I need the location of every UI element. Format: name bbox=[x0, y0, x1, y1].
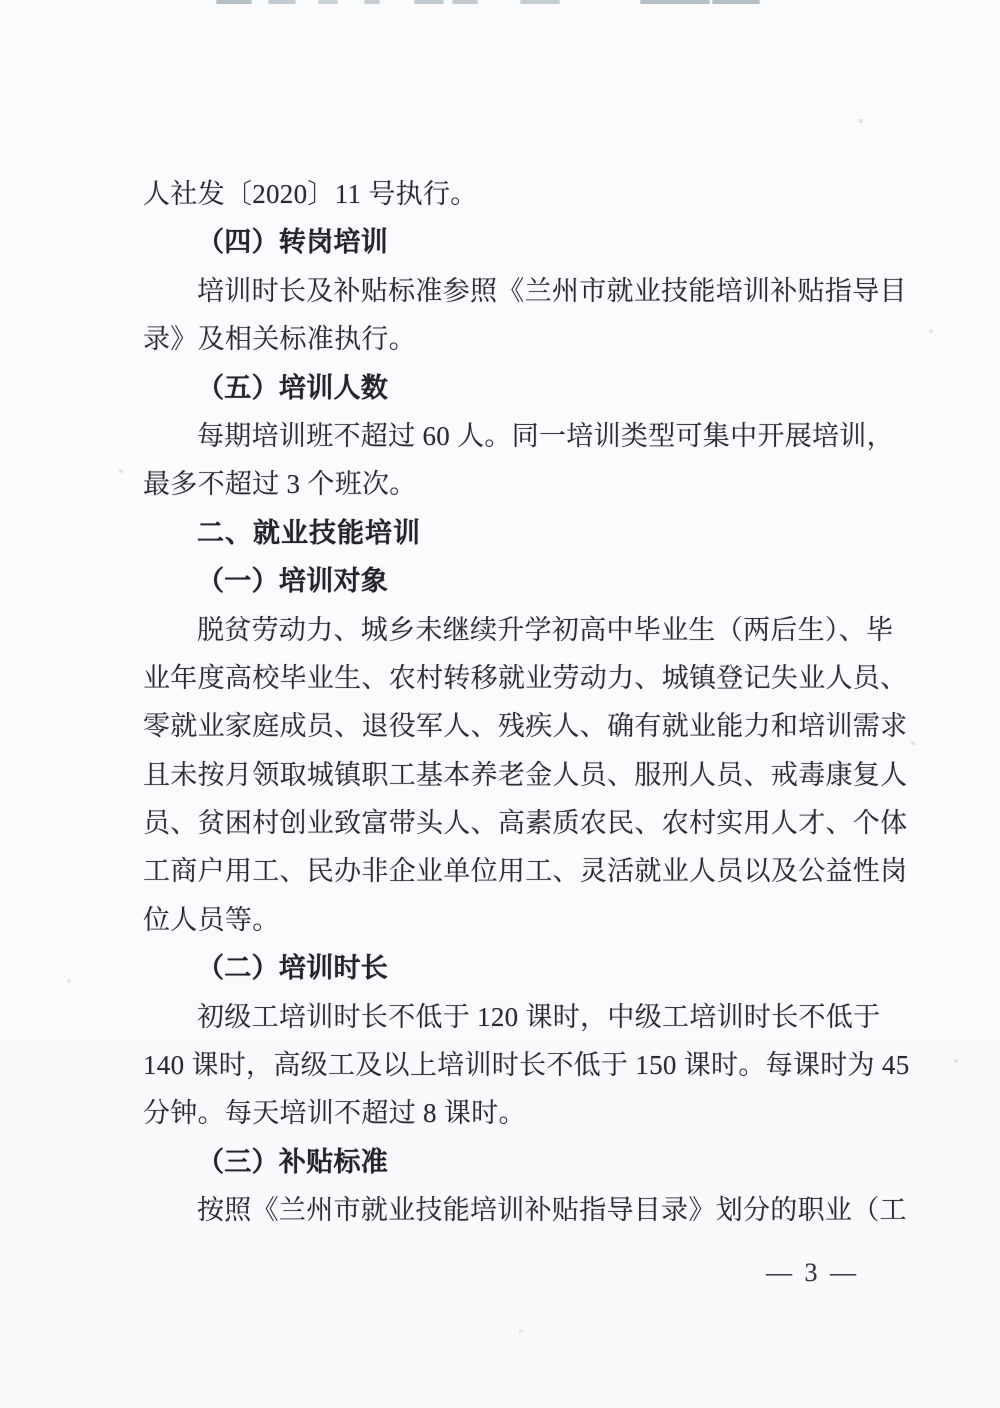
text-line: 140 课时，高级工及以上培训时长不低于 150 课时。每课时为 45 bbox=[143, 1041, 883, 1089]
text-line: 分钟。每天培训不超过 8 课时。 bbox=[143, 1089, 883, 1137]
section-heading: （二）培训时长 bbox=[143, 944, 883, 992]
text-line: 且未按月领取城镇职工基本养老金人员、服刑人员、戒毒康复人 bbox=[143, 751, 883, 799]
artifact-fragment bbox=[364, 0, 380, 4]
chapter-heading: 二、就业技能培训 bbox=[143, 509, 883, 557]
scan-speckles bbox=[0, 0, 2, 2]
artifact-fragment bbox=[268, 0, 296, 4]
text-line: 每期培训班不超过 60 人。同一培训类型可集中开展培训， bbox=[143, 412, 883, 460]
document-body: 人社发〔2020〕11 号执行。 （四）转岗培训 培训时长及补贴标准参照《兰州市… bbox=[143, 170, 883, 1235]
section-heading: （五）培训人数 bbox=[143, 364, 883, 412]
text-line: 人社发〔2020〕11 号执行。 bbox=[143, 170, 883, 218]
section-heading: （三）补贴标准 bbox=[143, 1138, 883, 1186]
artifact-fragment bbox=[452, 0, 478, 4]
text-line: 按照《兰州市就业技能培训补贴指导目录》划分的职业（工 bbox=[143, 1186, 883, 1234]
section-heading: （一）培训对象 bbox=[143, 557, 883, 605]
text-line: 最多不超过 3 个班次。 bbox=[143, 460, 883, 508]
scan-artifact-top bbox=[0, 0, 1000, 6]
text-line: 初级工培训时长不低于 120 课时，中级工培训时长不低于 bbox=[143, 993, 883, 1041]
section-heading: （四）转岗培训 bbox=[143, 218, 883, 266]
text-line: 员、贫困村创业致富带头人、高素质农民、农村实用人才、个体 bbox=[143, 799, 883, 847]
text-line: 录》及相关标准执行。 bbox=[143, 315, 883, 363]
text-line: 脱贫劳动力、城乡未继续升学初高中毕业生（两后生）、毕 bbox=[143, 606, 883, 654]
page-number: — 3 — bbox=[766, 1258, 859, 1288]
text-line: 培训时长及补贴标准参照《兰州市就业技能培训补贴指导目 bbox=[143, 267, 883, 315]
artifact-fragment bbox=[520, 0, 560, 4]
text-line: 工商户用工、民办非企业单位用工、灵活就业人员以及公益性岗 bbox=[143, 847, 883, 895]
artifact-fragment bbox=[318, 0, 338, 4]
artifact-fragment bbox=[414, 0, 444, 4]
text-line: 零就业家庭成员、退役军人、残疾人、确有就业能力和培训需求 bbox=[143, 702, 883, 750]
document-page: 人社发〔2020〕11 号执行。 （四）转岗培训 培训时长及补贴标准参照《兰州市… bbox=[0, 0, 1000, 1408]
artifact-fragment bbox=[712, 0, 760, 4]
artifact-fragment bbox=[216, 0, 252, 4]
artifact-fragment bbox=[640, 0, 710, 4]
text-line: 位人员等。 bbox=[143, 896, 883, 944]
text-line: 业年度高校毕业生、农村转移就业劳动力、城镇登记失业人员、 bbox=[143, 654, 883, 702]
